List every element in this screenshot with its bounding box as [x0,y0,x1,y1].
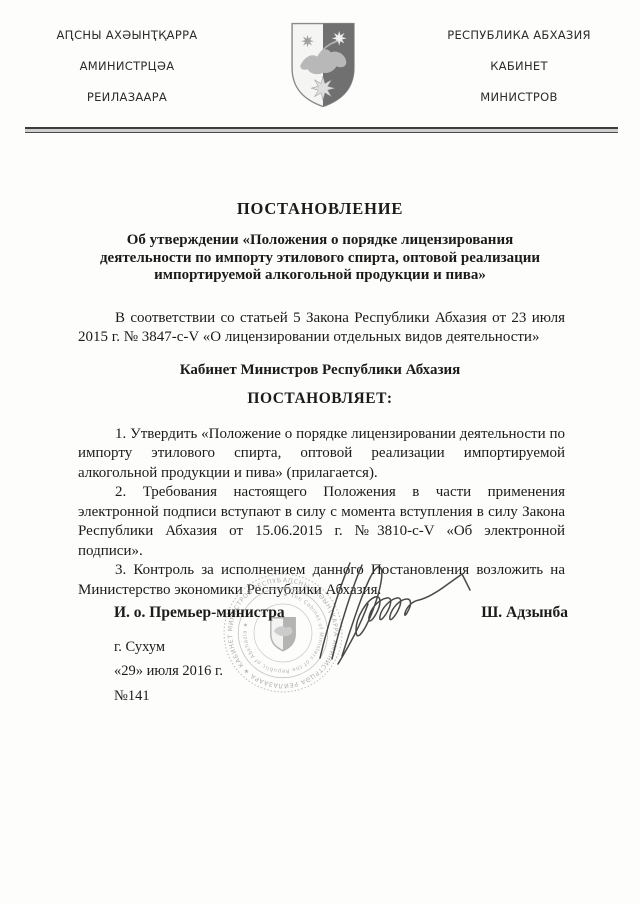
preamble-paragraph: В соответствии со статьей 5 Закона Респу… [78,309,565,348]
signature-row: И. о. Премьер-министра Ш. Адзынба [114,604,568,622]
letterhead-divider-rule [25,127,618,133]
letterhead-right-line1: РЕСПУБЛИКА АБХАЗИЯ [419,28,619,42]
abkhazia-coat-of-arms-icon [286,20,360,110]
signature-place: г. Сухум [114,639,165,656]
signature-date: «29» июля 2016 г. [114,663,223,680]
signatory-name: Ш. Адзынба [481,604,568,622]
signatory-post: И. о. Премьер-министра [114,604,285,622]
letterhead-left-abkhaz: АԤСНЫ АХӘЫНҬҚАРРА АМИНИСТРЦӘА РЕИЛАЗААРА [27,28,227,121]
letterhead-right-line3: МИНИСТРОВ [419,90,619,104]
resolves-heading: ПОСТАНОВЛЯЕТ: [0,390,640,408]
letterhead-left-line2: АМИНИСТРЦӘА [27,59,227,73]
decree-item-1: 1. Утвердить «Положение о порядке лиценз… [78,425,565,484]
letterhead-right-russian: РЕСПУБЛИКА АБХАЗИЯ КАБИНЕТ МИНИСТРОВ [419,28,619,121]
letterhead-left-line3: РЕИЛАЗААРА [27,90,227,104]
decree-item-2: 2. Требования настоящего Положения в час… [78,483,565,561]
issuing-authority: Кабинет Министров Республики Абхазия [0,362,640,379]
seal-center-emblem [271,618,295,651]
letterhead-left-line1: АԤСНЫ АХӘЫНҬҚАРРА [27,28,227,42]
letterhead: АԤСНЫ АХӘЫНҬҚАРРА АМИНИСТРЦӘА РЕИЛАЗААРА… [0,0,640,121]
document-type-title: ПОСТАНОВЛЕНИЕ [0,199,640,219]
letterhead-right-line2: КАБИНЕТ [419,59,619,73]
decree-page: АԤСНЫ АХӘЫНҬҚАРРА АМИНИСТРЦӘА РЕИЛАЗААРА… [0,0,640,905]
decree-number: №141 [114,688,150,705]
document-subject: Об утверждении «Положения о порядке лице… [94,232,546,285]
